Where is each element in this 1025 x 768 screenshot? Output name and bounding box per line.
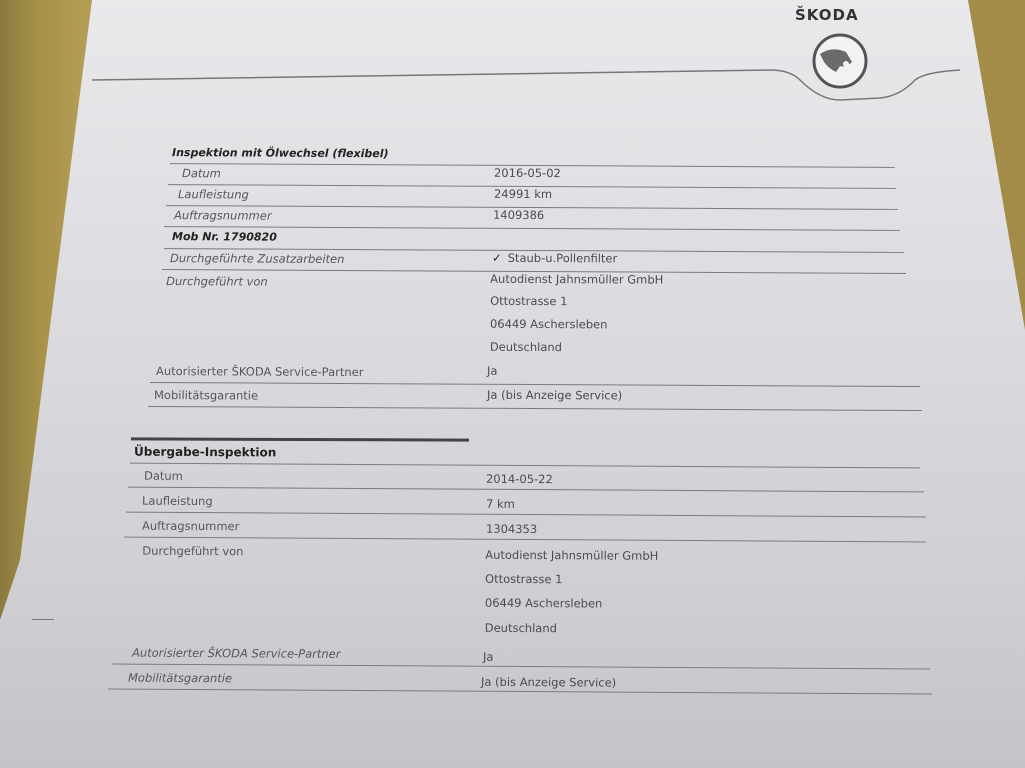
row-value: Ja (bis Anzeige Service) — [481, 675, 616, 690]
row-label: Laufleistung — [142, 494, 213, 508]
row-value: ✓Staub-u.Pollenfilter — [492, 251, 617, 266]
checkmark-icon: ✓ — [492, 251, 502, 265]
row-label: Autorisierter ŠKODA Service-Partner — [132, 646, 341, 661]
address-line: Deutschland — [485, 621, 557, 635]
performed-by-row: Durchgeführt von Autodienst Jahnsmüller … — [160, 270, 910, 364]
row-value: Ja — [483, 650, 494, 664]
row-label: Durchgeführte Zusatzarbeiten — [170, 251, 344, 266]
row-label: Autorisierter ŠKODA Service-Partner — [156, 364, 364, 379]
row-label: Durchgeführt von — [166, 274, 268, 289]
brand-name: ŠKODA — [795, 6, 859, 24]
authorized-partner-row: Autorisierter ŠKODA Service-Partner Ja — [150, 360, 920, 387]
table-row: Datum 2014-05-22 — [128, 465, 924, 493]
address-line: 06449 Aschersleben — [490, 317, 608, 332]
row-label: Auftragsnummer — [142, 519, 239, 534]
row-label: Datum — [182, 166, 221, 180]
section-title-row: Übergabe-Inspektion — [130, 441, 920, 469]
row-label: Mobilitätsgarantie — [128, 671, 232, 686]
mobility-guarantee-row: Mobilitätsgarantie Ja (bis Anzeige Servi… — [108, 666, 932, 694]
mob-nr: Mob Nr. 1790820 — [172, 230, 277, 244]
skoda-winged-arrow-icon — [806, 32, 874, 90]
service-document-page: ŠKODA Inspektion mit Ölwechsel (flexibel… — [0, 0, 1025, 768]
row-value: Ja — [487, 364, 498, 378]
performed-by-row: Durchgeführt von Autodienst Jahnsmüller … — [122, 540, 929, 645]
row-label: Datum — [144, 469, 183, 483]
row-label: Auftragsnummer — [174, 208, 272, 223]
table-row: Laufleistung 7 km — [126, 490, 926, 518]
row-value: Ja (bis Anzeige Service) — [487, 388, 622, 403]
address-line: Ottostrasse 1 — [485, 572, 563, 586]
row-label: Durchgeführt von — [142, 544, 243, 559]
address-line: 06449 Aschersleben — [485, 596, 603, 611]
section-title: Übergabe-Inspektion — [134, 445, 276, 460]
row-value: 7 km — [486, 497, 515, 511]
row-value: 1409386 — [493, 208, 544, 222]
section-title: Inspektion mit Ölwechsel (flexibel) — [172, 146, 389, 160]
row-label: Laufleistung — [178, 187, 249, 201]
fold-mark — [32, 619, 54, 620]
mobility-guarantee-row: Mobilitätsgarantie Ja (bis Anzeige Servi… — [148, 384, 922, 411]
row-label: Mobilitätsgarantie — [154, 388, 258, 403]
address-line: Autodienst Jahnsmüller GmbH — [490, 272, 663, 287]
row-value: 24991 km — [494, 187, 552, 201]
row-value: 2014-05-22 — [486, 472, 553, 486]
address-line: Deutschland — [490, 340, 562, 354]
row-value: 1304353 — [486, 522, 537, 536]
extra-work-value: Staub-u.Pollenfilter — [508, 251, 618, 266]
authorized-partner-row: Autorisierter ŠKODA Service-Partner Ja — [112, 642, 930, 670]
row-value: 2016-05-02 — [494, 166, 561, 180]
table-row: Auftragsnummer 1304353 — [124, 515, 926, 543]
address-line: Autodienst Jahnsmüller GmbH — [485, 548, 658, 563]
address-line: Ottostrasse 1 — [490, 294, 567, 308]
